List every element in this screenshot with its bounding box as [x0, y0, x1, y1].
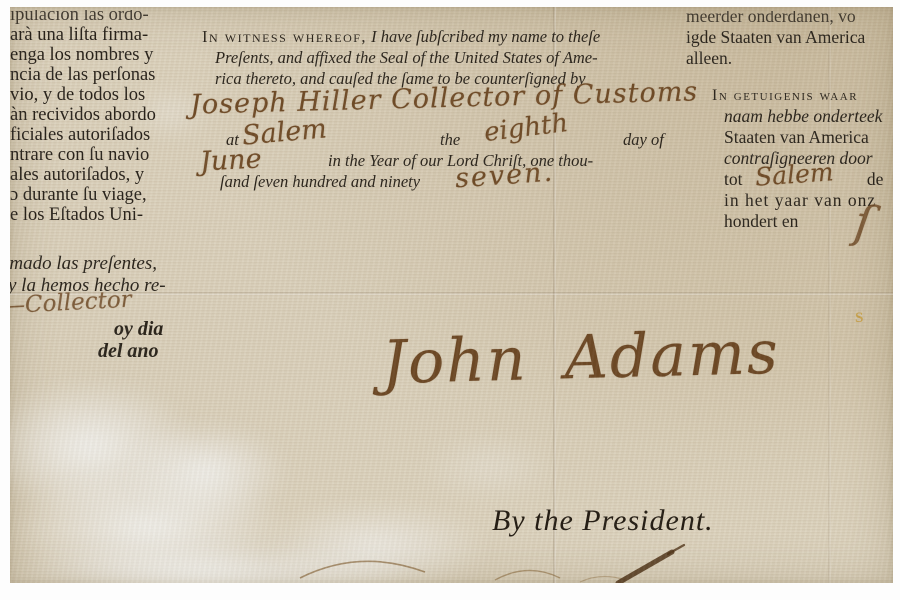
damp-stain [420, 432, 560, 502]
document-photo: ipulacion las ordo- arà una liſta firma-… [10, 7, 893, 583]
dutch-line: naam hebbe onderteek [686, 106, 893, 127]
gold-letter-mark: S [855, 310, 863, 327]
spanish-line: ipulacion las ordo- [10, 10, 149, 25]
by-the-president-line: By the President. [492, 504, 714, 538]
spanish-line: ntrare con ſu navio [10, 145, 200, 165]
spanish-date-word: oy dia [114, 318, 163, 341]
year-line: ſand ſeven hundred and ninety [220, 172, 420, 192]
witness-heading-rest: I have ſubſcribed my name to theſe [367, 27, 600, 46]
signature-flourish-strokes [280, 538, 700, 583]
damp-stain [120, 422, 290, 522]
spanish-closing-line: rmado las preſentes, [10, 253, 157, 275]
handwritten-year-word: seven. [454, 157, 555, 195]
spanish-line: arà una liſta firma- [10, 25, 200, 45]
day-of-label: day of [623, 130, 664, 150]
witness-heading-smallcaps: In witness whereof, [202, 27, 367, 46]
dutch-line: Staaten van America [686, 127, 893, 148]
handwritten-place-dutch: Salem [754, 157, 834, 191]
dutch-line: meerder onderdanen, vo [686, 11, 856, 27]
spanish-line: ales autoriſados, y [10, 165, 200, 185]
spanish-line: e los Eſtados Uni- [10, 205, 200, 225]
witness-heading-line: In witness whereof, I have ſubſcribed my… [202, 27, 600, 47]
spanish-line: enga los nombres y [10, 45, 200, 65]
auction-photo-page: ipulacion las ordo- arà una liſta firma-… [0, 0, 900, 600]
spanish-line: ɔ durante ſu viage, [10, 185, 200, 205]
de-label: de [867, 169, 884, 189]
dutch-heading-smallcaps: In getuigenis waar [686, 85, 893, 106]
spanish-line: àn recividos abordo [10, 105, 200, 125]
spanish-line: vio, y de todos los [10, 85, 200, 105]
witness-line: Preſents, and affixed the Seal of the Un… [215, 48, 598, 68]
spanish-line: ficiales autoriſados [10, 125, 200, 145]
john-adams-signature: John Adams [381, 318, 780, 398]
the-label: the [440, 130, 460, 150]
spanish-date-word: del ano [98, 340, 159, 363]
handwritten-collector: —Collector [10, 287, 132, 320]
dutch-line: igde Staaten van America [686, 27, 893, 48]
spanish-line: ncia de las perſonas [10, 65, 200, 85]
dutch-line: alleen. [686, 48, 893, 69]
handwritten-day: eighth [482, 108, 569, 148]
tot-label: tot [724, 169, 742, 189]
spanish-column: ipulacion las ordo- arà una liſta firma-… [10, 10, 200, 225]
